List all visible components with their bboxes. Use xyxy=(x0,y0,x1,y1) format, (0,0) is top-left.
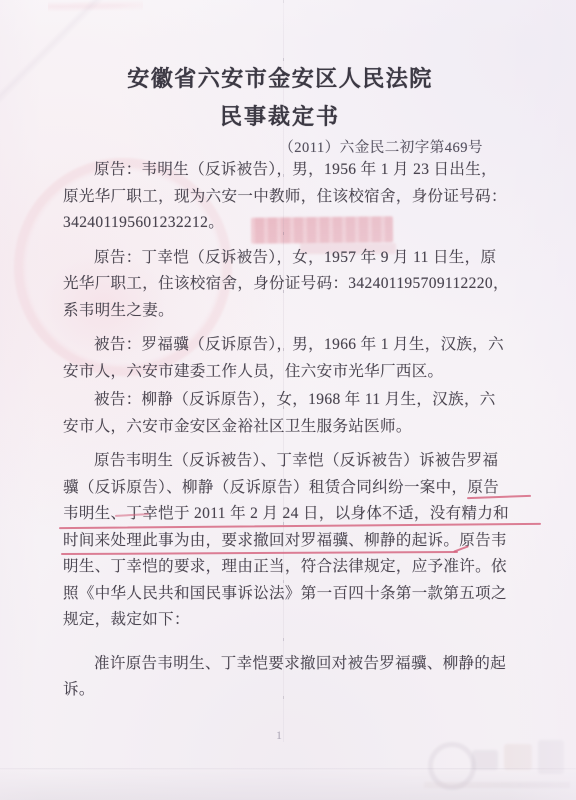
document-line: 原告韦明生（反诉被告）、丁幸恺（反诉被告）诉被告罗福 xyxy=(63,448,525,475)
document-body: 原告：韦明生（反诉被告），男，1956 年 1 月 23 日出生，原光华厂职工，… xyxy=(63,157,525,704)
document-line-red-underlined: 时间来处理此事为由，要求撤回对罗福骥、柳静的起诉。原告韦 xyxy=(63,528,525,555)
document-line: 原告：韦明生（反诉被告），男，1956 年 1 月 23 日出生， xyxy=(63,157,525,184)
watermark-glyph xyxy=(424,782,570,788)
document-line-red-underlined: 韦明生、丁幸恺于 2011 年 2 月 24 日，以身体不适，没有精力和 xyxy=(63,501,525,528)
document-title: 民事裁定书 xyxy=(0,100,560,131)
case-number: （2011）六金民二初字第469号 xyxy=(63,136,521,157)
paragraph: 原告韦明生（反诉被告）、丁幸恺（反诉被告）诉被告罗福骥（反诉原告）、柳静（反诉原… xyxy=(63,448,525,634)
court-name: 安徽省六安市金安区人民法院 xyxy=(0,62,560,93)
watermark-glyph xyxy=(504,744,532,770)
document-line: 原告：丁幸恺（反诉被告），女，1957 年 9 月 11 日生，原 xyxy=(63,245,525,272)
document-line: 安市人，六安市建委工作人员，住六安市光华厂西区。 xyxy=(63,359,525,386)
document-line: 安市人，六安市金安区金裕社区卫生服务站医师。 xyxy=(63,414,525,441)
paper-crease xyxy=(0,768,576,770)
document-line: 系韦明生之妻。 xyxy=(63,298,525,325)
paragraph: 被告：柳静（反诉原告），女，1968 年 11 月生，汉族，六安市人，六安市金安… xyxy=(63,387,525,440)
document-line: 诉。 xyxy=(63,677,525,704)
document-line: 照《中华人民共和国民事诉讼法》第一百四十条第一款第五项之 xyxy=(63,581,525,608)
document-line: 光华厂职工，住该校宿舍，身份证号码：342401195709112220， xyxy=(63,271,525,298)
watermark xyxy=(420,738,572,790)
paragraph: 准许原告韦明生、丁幸恺要求撤回对被告罗福骥、柳静的起诉。 xyxy=(63,651,525,704)
document-line: 明生、丁幸恺的要求，理由正当，符合法律规定，应予准许。依 xyxy=(63,554,525,581)
document-line: 被告：罗福骥（反诉原告），男，1966 年 1 月生，汉族，六 xyxy=(63,332,525,359)
document-line: 342401195601232212。 xyxy=(63,210,525,237)
watermark-glyph xyxy=(472,750,498,770)
red-ink-smudge xyxy=(48,0,143,13)
page-number: 1 xyxy=(276,728,282,743)
document-line: 被告：柳静（反诉原告），女，1968 年 11 月生，汉族，六 xyxy=(63,387,525,414)
document-line: 原光华厂职工，现为六安一中教师，住该校宿舍，身份证号码： xyxy=(63,184,525,211)
document-line: 准许原告韦明生、丁幸恺要求撤回对被告罗福骥、柳静的起 xyxy=(63,651,525,678)
paragraph: 原告：丁幸恺（反诉被告），女，1957 年 9 月 11 日生，原光华厂职工，住… xyxy=(63,245,525,325)
paragraph: 被告：罗福骥（反诉原告），男，1966 年 1 月生，汉族，六安市人，六安市建委… xyxy=(63,332,525,385)
scanned-court-ruling-page: 安徽省六安市金安区人民法院 民事裁定书 （2011）六金民二初字第469号 原告… xyxy=(0,0,576,800)
document-line: 规定，裁定如下： xyxy=(63,607,525,634)
document-line-red-underlined: 骥（反诉原告）、柳静（反诉原告）租赁合同纠纷一案中，原告 xyxy=(63,475,525,502)
paragraph: 原告：韦明生（反诉被告），男，1956 年 1 月 23 日出生，原光华厂职工，… xyxy=(63,157,525,237)
document-header: 安徽省六安市金安区人民法院 民事裁定书 xyxy=(0,62,560,131)
